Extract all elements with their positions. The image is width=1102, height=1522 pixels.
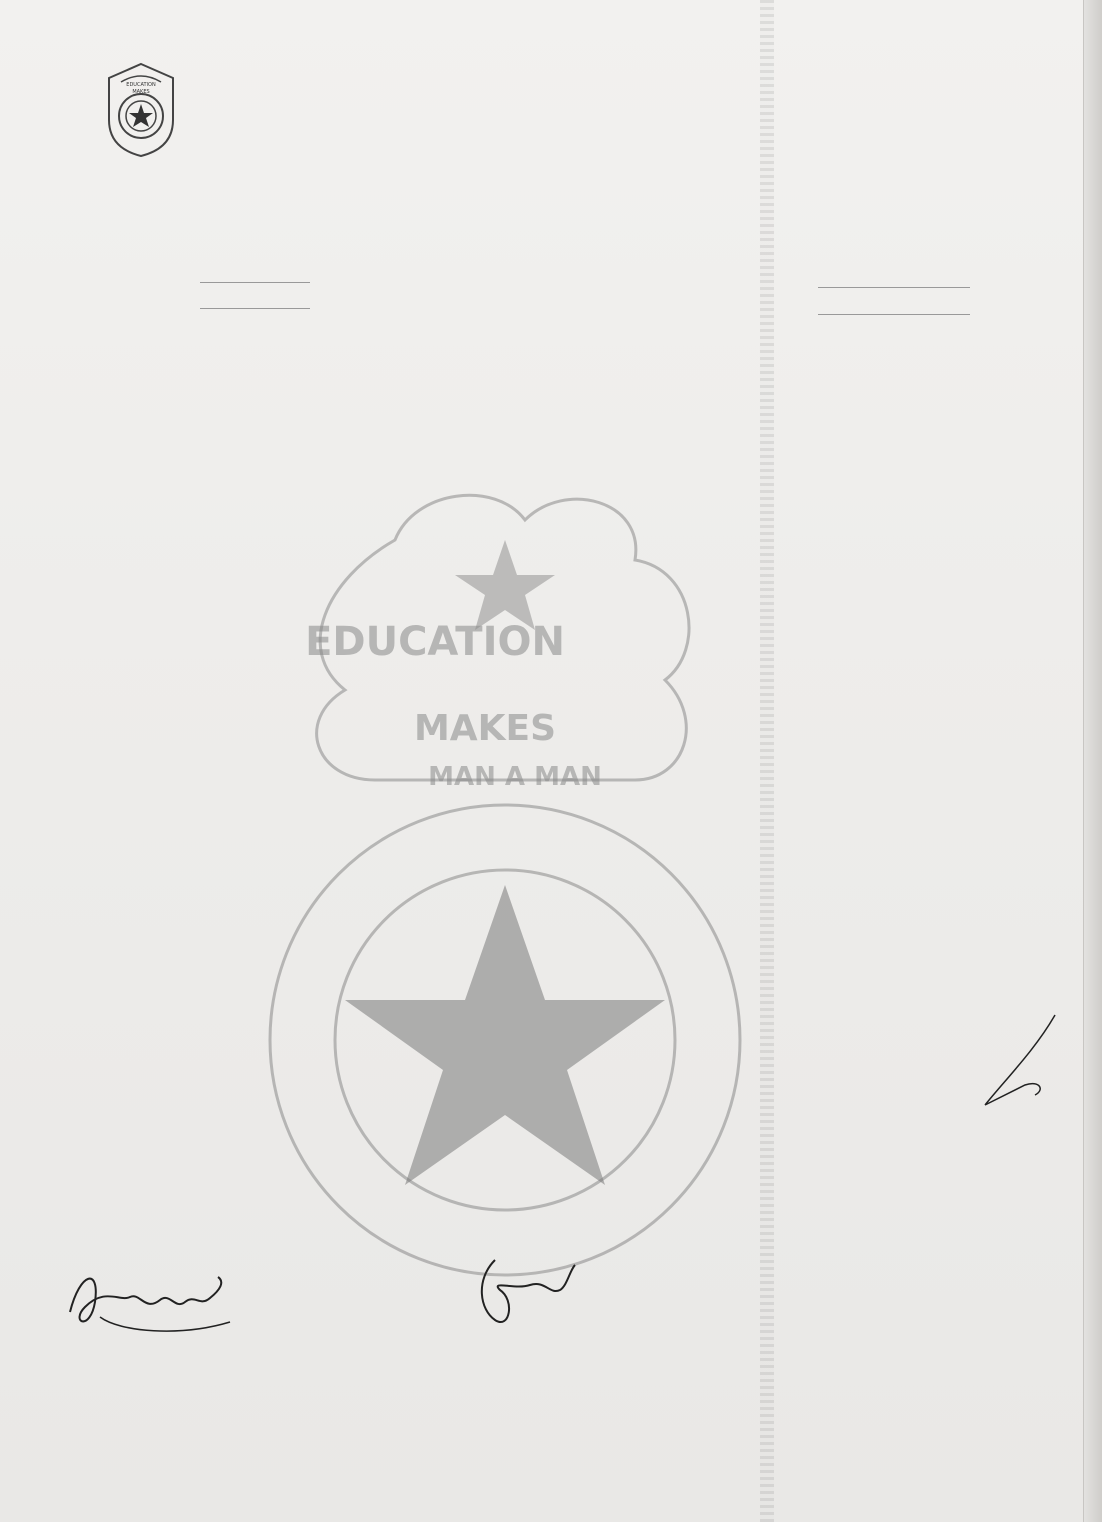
svg-text:MAKES: MAKES <box>132 89 149 95</box>
class-teacher-signature <box>60 1262 240 1342</box>
si-value <box>200 308 310 309</box>
school-code-value <box>818 287 970 288</box>
affiliation-value <box>200 282 310 283</box>
svg-text:EDUCATION: EDUCATION <box>305 619 565 665</box>
star-seal-icon: MAKES MAN A MAN EDUCATION <box>255 480 755 1300</box>
paper-fold-line <box>760 0 774 1522</box>
school-crest-icon: EDUCATION MAKES <box>103 60 179 160</box>
paper-stack-edge <box>1083 0 1102 1522</box>
margin-pen-mark <box>975 1010 1065 1120</box>
checked-by-signature <box>455 1250 585 1340</box>
svg-text:EDUCATION: EDUCATION <box>126 82 156 88</box>
admission-value <box>818 314 970 315</box>
svg-text:MAKES: MAKES <box>414 708 556 749</box>
transfer-certificate-page: MAKES MAN A MAN EDUCATION EDUCATION MAKE… <box>0 0 1102 1522</box>
svg-text:MAN A MAN: MAN A MAN <box>428 762 602 792</box>
